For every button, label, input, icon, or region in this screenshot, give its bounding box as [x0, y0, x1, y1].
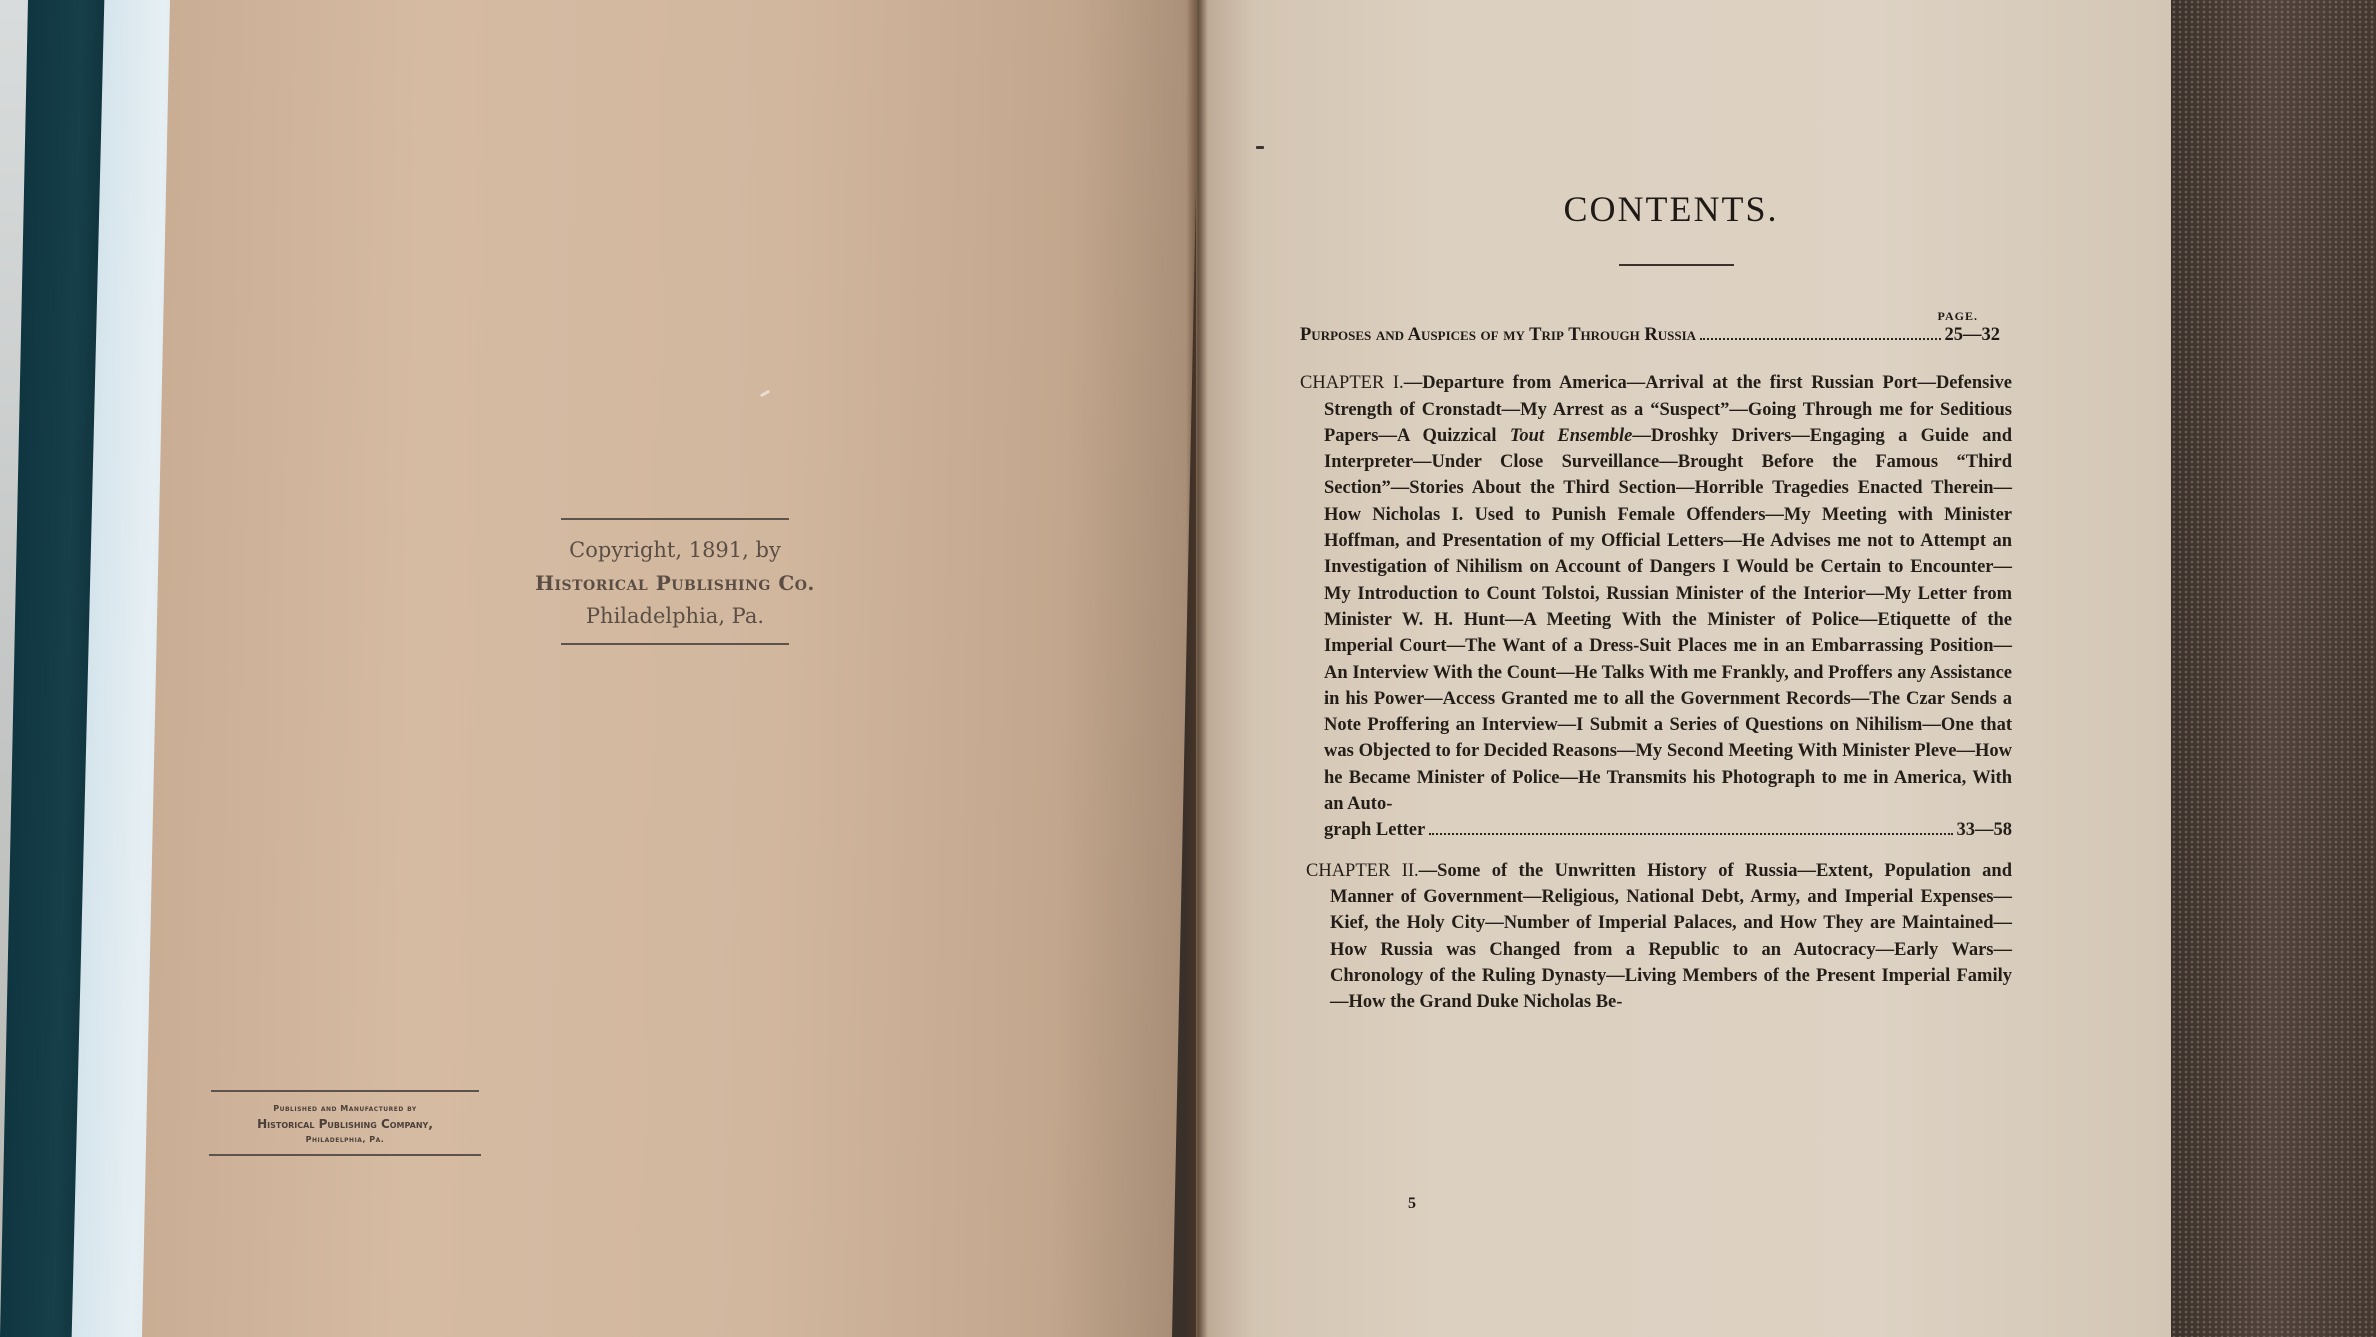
page-number: 5: [1408, 1195, 1416, 1213]
copyright-line: Copyright, 1891, by: [515, 534, 835, 567]
table-of-contents: CONTENTS. PAGE. Purposes and Auspices of…: [1300, 180, 2012, 1015]
printer-imprint: Published and Manufactured by Historical…: [208, 1090, 482, 1156]
book-gutter: [1186, 0, 1208, 1337]
dot-leader: [1700, 338, 1940, 340]
toc-entry-pages: 33—58: [1957, 817, 2013, 843]
divider: [561, 643, 789, 645]
chapter-summary: —Droshky Drivers—Engaging a Guide and In…: [1324, 426, 2012, 814]
imprint-company: Historical Publishing Company,: [208, 1115, 482, 1133]
chapter-label: CHAPTER I.: [1300, 373, 1404, 393]
toc-entry-intro: Purposes and Auspices of my Trip Through…: [1300, 322, 2012, 348]
divider: [209, 1154, 481, 1156]
chapter-final-line: graph Letter 33—58: [1324, 817, 2012, 843]
publisher-name: Historical Publishing Co.: [515, 567, 835, 600]
book-cloth-right: [2166, 0, 2376, 1337]
page-title: CONTENTS.: [1330, 188, 2012, 230]
toc-entry-chapter-2: CHAPTER II.—Some of the Unwritten Histor…: [1308, 858, 2012, 1016]
toc-entry-chapter-1: CHAPTER I.—Departure from America—Arriva…: [1300, 370, 2012, 843]
open-book-photo: Copyright, 1891, by Historical Publishin…: [0, 0, 2376, 1337]
divider: [1619, 264, 1734, 266]
chapter-summary-end: graph Letter: [1324, 817, 1425, 843]
chapter-label: CHAPTER II.: [1306, 861, 1419, 881]
paper-speck: [1256, 146, 1264, 149]
publisher-city: Philadelphia, Pa.: [515, 600, 835, 633]
imprint-line: Published and Manufactured by: [208, 1102, 482, 1115]
chapter-summary: —Some of the Unwritten History of Russia…: [1330, 861, 2012, 1012]
toc-entry-pages: 25—32: [1945, 322, 2001, 348]
imprint-city: Philadelphia, Pa.: [208, 1133, 482, 1146]
dot-leader: [1429, 833, 1952, 835]
copyright-notice: Copyright, 1891, by Historical Publishin…: [515, 518, 835, 645]
chapter-summary-italic: Tout Ensemble: [1510, 426, 1633, 446]
toc-entry-title: Purposes and Auspices of my Trip Through…: [1300, 322, 1696, 348]
